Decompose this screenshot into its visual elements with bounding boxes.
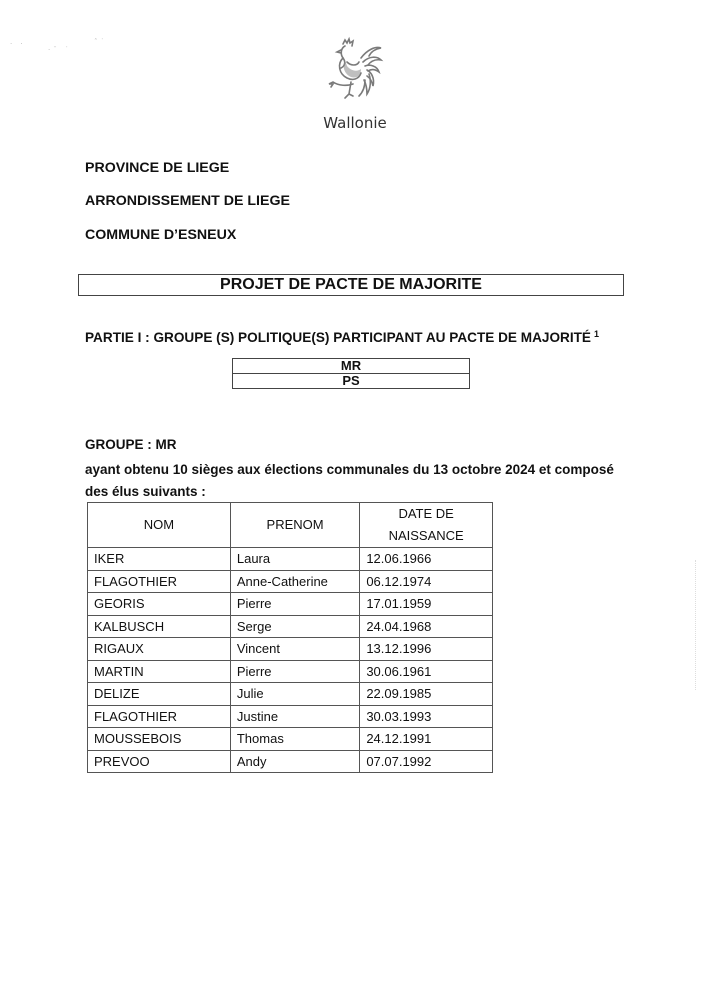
table-row: DELIZEJulie22.09.1985	[88, 683, 493, 706]
cell-prenom: Justine	[230, 705, 359, 728]
cell-prenom: Thomas	[230, 728, 359, 751]
cell-nom: GEORIS	[88, 593, 231, 616]
table-row: GEORISPierre17.01.1959	[88, 593, 493, 616]
scan-artifact	[695, 560, 698, 690]
members-table: NOM PRENOM DATE DE NAISSANCE IKERLaura12…	[87, 502, 493, 773]
table-header-row: NOM PRENOM DATE DE NAISSANCE	[88, 503, 493, 548]
cell-date-naissance: 07.07.1992	[360, 750, 493, 773]
scan-artifact: ·¨ ˙	[48, 46, 71, 54]
cell-date-naissance: 13.12.1996	[360, 638, 493, 661]
header-prenom: PRENOM	[230, 503, 359, 548]
cell-date-naissance: 30.03.1993	[360, 705, 493, 728]
footnote-marker: 1	[594, 329, 599, 339]
table-row: KALBUSCHSerge24.04.1968	[88, 615, 493, 638]
cell-nom: KALBUSCH	[88, 615, 231, 638]
cell-date-naissance: 12.06.1966	[360, 548, 493, 571]
party-cell: MR	[233, 359, 470, 374]
arrondissement-label: ARRONDISSEMENT DE LIEGE	[85, 193, 290, 209]
cell-nom: FLAGOTHIER	[88, 705, 231, 728]
document-title-text: PROJET DE PACTE DE MAJORITE	[220, 276, 482, 293]
scan-artifact: · ·	[10, 40, 26, 48]
partie-1-heading: PARTIE I : GROUPE (S) POLITIQUE(S) PARTI…	[85, 329, 599, 345]
table-row: RIGAUXVincent13.12.1996	[88, 638, 493, 661]
cell-nom: DELIZE	[88, 683, 231, 706]
header-date-naissance: DATE DE NAISSANCE	[360, 503, 493, 548]
cell-nom: IKER	[88, 548, 231, 571]
document-title: PROJET DE PACTE DE MAJORITE	[78, 274, 624, 296]
header-nom: NOM	[88, 503, 231, 548]
cell-prenom: Anne-Catherine	[230, 570, 359, 593]
rooster-icon	[323, 36, 387, 112]
wallonie-logo: Wallonie	[310, 36, 400, 136]
table-row: FLAGOTHIERJustine30.03.1993	[88, 705, 493, 728]
table-row: FLAGOTHIERAnne-Catherine06.12.1974	[88, 570, 493, 593]
cell-prenom: Serge	[230, 615, 359, 638]
logo-text: Wallonie	[310, 114, 400, 132]
table-row: MARTINPierre30.06.1961	[88, 660, 493, 683]
cell-nom: MOUSSEBOIS	[88, 728, 231, 751]
cell-prenom: Vincent	[230, 638, 359, 661]
cell-nom: MARTIN	[88, 660, 231, 683]
cell-prenom: Pierre	[230, 593, 359, 616]
cell-date-naissance: 24.04.1968	[360, 615, 493, 638]
cell-nom: PREVOO	[88, 750, 231, 773]
members-table-body: IKERLaura12.06.1966FLAGOTHIERAnne-Cather…	[88, 548, 493, 773]
cell-date-naissance: 17.01.1959	[360, 593, 493, 616]
cell-date-naissance: 30.06.1961	[360, 660, 493, 683]
group-description: ayant obtenu 10 sièges aux élections com…	[85, 459, 615, 503]
table-row: IKERLaura12.06.1966	[88, 548, 493, 571]
scan-artifact: ˆ˙	[94, 38, 107, 46]
cell-nom: RIGAUX	[88, 638, 231, 661]
parties-table: MR PS	[232, 358, 470, 389]
cell-prenom: Julie	[230, 683, 359, 706]
partie-1-heading-text: PARTIE I : GROUPE (S) POLITIQUE(S) PARTI…	[85, 330, 591, 345]
commune-label: COMMUNE D’ESNEUX	[85, 227, 236, 243]
cell-date-naissance: 24.12.1991	[360, 728, 493, 751]
cell-nom: FLAGOTHIER	[88, 570, 231, 593]
party-cell: PS	[233, 374, 470, 389]
cell-prenom: Andy	[230, 750, 359, 773]
cell-date-naissance: 06.12.1974	[360, 570, 493, 593]
table-row: MOUSSEBOISThomas24.12.1991	[88, 728, 493, 751]
table-row: PREVOOAndy07.07.1992	[88, 750, 493, 773]
group-label: GROUPE : MR	[85, 437, 177, 452]
cell-prenom: Laura	[230, 548, 359, 571]
cell-date-naissance: 22.09.1985	[360, 683, 493, 706]
cell-prenom: Pierre	[230, 660, 359, 683]
province-label: PROVINCE DE LIEGE	[85, 160, 229, 176]
